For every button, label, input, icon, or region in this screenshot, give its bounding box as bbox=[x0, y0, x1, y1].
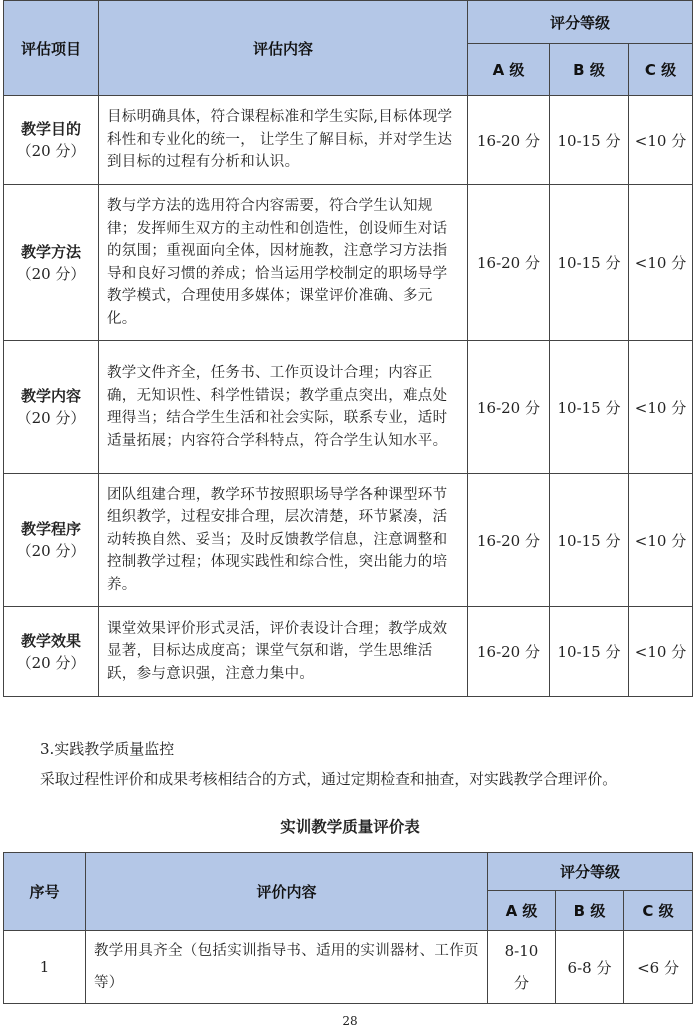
grade-a-cell: 16-20 分 bbox=[468, 474, 550, 607]
item-points: （20 分） bbox=[4, 140, 98, 162]
item-cell: 教学内容 （20 分） bbox=[4, 341, 99, 474]
table2-title: 实训教学质量评价表 bbox=[0, 815, 700, 837]
grade-b-cell: 10-15 分 bbox=[550, 474, 629, 607]
item-points: （20 分） bbox=[4, 407, 98, 429]
table-row: 教学目的 （20 分） 目标明确具体，符合课程标准和学生实际,目标体现学科性和专… bbox=[4, 96, 693, 185]
grade-a-cell: 16-20 分 bbox=[468, 341, 550, 474]
header-grade-group: 评分等级 bbox=[468, 1, 693, 44]
item-name: 教学程序 bbox=[4, 518, 98, 540]
grade-b-cell: 6-8 分 bbox=[556, 931, 624, 1004]
table-row: 1 教学用具齐全（包括实训指导书、适用的实训器材、工作页等） 8-10 分 6-… bbox=[4, 931, 693, 1004]
teaching-evaluation-table: 评估项目 评估内容 评分等级 A 级 B 级 C 级 教学目的 （20 分） 目… bbox=[3, 0, 693, 697]
header-grade-a: A 级 bbox=[488, 891, 556, 931]
grade-c-cell: <10 分 bbox=[629, 185, 693, 341]
item-cell: 教学方法 （20 分） bbox=[4, 185, 99, 341]
table-row: 教学内容 （20 分） 教学文件齐全，任务书、工作页设计合理；内容正确，无知识性… bbox=[4, 341, 693, 474]
content-cell: 教学用具齐全（包括实训指导书、适用的实训器材、工作页等） bbox=[86, 931, 488, 1004]
page-number: 28 bbox=[0, 1014, 700, 1028]
header-grade-c: C 级 bbox=[624, 891, 693, 931]
item-cell: 教学目的 （20 分） bbox=[4, 96, 99, 185]
grade-c-cell: <10 分 bbox=[629, 341, 693, 474]
grade-a-cell: 16-20 分 bbox=[468, 185, 550, 341]
header-grade-a: A 级 bbox=[468, 44, 550, 96]
table-row: 教学效果 （20 分） 课堂效果评价形式灵活，评价表设计合理；教学成效显著，目标… bbox=[4, 607, 693, 697]
item-cell: 教学程序 （20 分） bbox=[4, 474, 99, 607]
header-item: 评估项目 bbox=[4, 1, 99, 96]
grade-a-cell: 16-20 分 bbox=[468, 96, 550, 185]
header-grade-group: 评分等级 bbox=[488, 853, 693, 891]
header-content: 评估内容 bbox=[99, 1, 468, 96]
header-content: 评价内容 bbox=[86, 853, 488, 931]
grade-c-cell: <10 分 bbox=[629, 474, 693, 607]
grade-b-cell: 10-15 分 bbox=[550, 341, 629, 474]
content-cell: 目标明确具体，符合课程标准和学生实际,目标体现学科性和专业化的统一， 让学生了解… bbox=[99, 96, 468, 185]
content-cell: 教学文件齐全，任务书、工作页设计合理；内容正确，无知识性、科学性错误；教学重点突… bbox=[99, 341, 468, 474]
item-name: 教学内容 bbox=[4, 385, 98, 407]
section-body: 采取过程性评价和成果考核相结合的方式，通过定期检查和抽查，对实践教学合理评价。 bbox=[40, 768, 617, 789]
header-no: 序号 bbox=[4, 853, 86, 931]
grade-b-cell: 10-15 分 bbox=[550, 96, 629, 185]
content-cell: 教与学方法的选用符合内容需要，符合学生认知规律；发挥师生双方的主动性和创造性，创… bbox=[99, 185, 468, 341]
item-name: 教学目的 bbox=[4, 118, 98, 140]
header-grade-c: C 级 bbox=[629, 44, 693, 96]
table-row: 教学方法 （20 分） 教与学方法的选用符合内容需要，符合学生认知规律；发挥师生… bbox=[4, 185, 693, 341]
grade-a-cell: 8-10 分 bbox=[488, 931, 556, 1004]
no-cell: 1 bbox=[4, 931, 86, 1004]
item-points: （20 分） bbox=[4, 263, 98, 285]
item-name: 教学方法 bbox=[4, 241, 98, 263]
item-name: 教学效果 bbox=[4, 630, 98, 652]
header-grade-b: B 级 bbox=[550, 44, 629, 96]
grade-b-cell: 10-15 分 bbox=[550, 185, 629, 341]
section-heading: 3.实践教学质量监控 bbox=[40, 738, 174, 759]
practical-evaluation-table: 序号 评价内容 评分等级 A 级 B 级 C 级 1 教学用具齐全（包括实训指导… bbox=[3, 852, 693, 1004]
item-points: （20 分） bbox=[4, 652, 98, 674]
item-points: （20 分） bbox=[4, 540, 98, 562]
content-cell: 团队组建合理，教学环节按照职场导学各种课型环节组织教学，过程安排合理，层次清楚，… bbox=[99, 474, 468, 607]
item-cell: 教学效果 （20 分） bbox=[4, 607, 99, 697]
grade-a-cell: 16-20 分 bbox=[468, 607, 550, 697]
header-grade-b: B 级 bbox=[556, 891, 624, 931]
grade-c-cell: <10 分 bbox=[629, 96, 693, 185]
table-row: 教学程序 （20 分） 团队组建合理，教学环节按照职场导学各种课型环节组织教学，… bbox=[4, 474, 693, 607]
grade-c-cell: <6 分 bbox=[624, 931, 693, 1004]
grade-c-cell: <10 分 bbox=[629, 607, 693, 697]
grade-b-cell: 10-15 分 bbox=[550, 607, 629, 697]
content-cell: 课堂效果评价形式灵活，评价表设计合理；教学成效显著，目标达成度高；课堂气氛和谐，… bbox=[99, 607, 468, 697]
